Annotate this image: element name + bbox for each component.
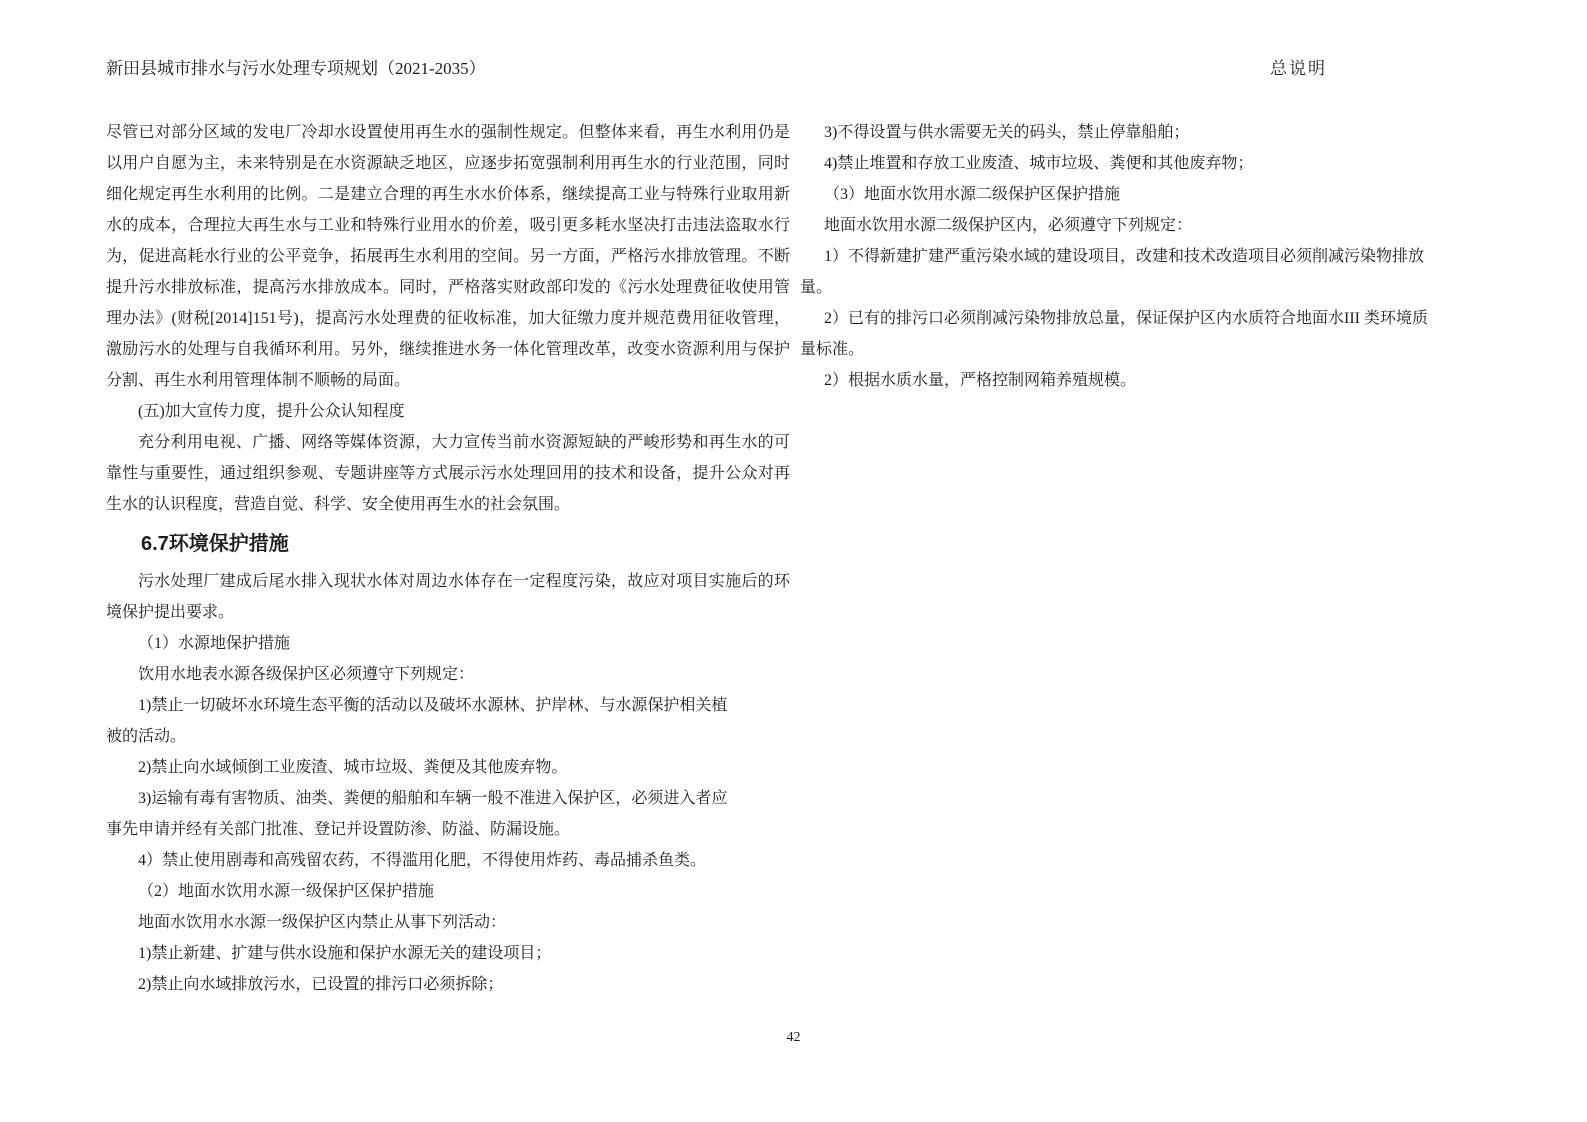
text-line: 2）根据水质水量，严格控制网箱养殖规模。 <box>800 365 1484 396</box>
text-line: 以用户自愿为主，未来特别是在水资源缺乏地区，应逐步拓宽强制利用再生水的行业范围，… <box>106 148 790 179</box>
text-line: 生水的认识程度，营造自觉、科学、安全使用再生水的社会氛围。 <box>106 489 790 520</box>
text-line: 激励污水的处理与自我循环利用。另外，继续推进水务一体化管理改革，改变水资源利用与… <box>106 334 790 365</box>
text-line: 3)运输有毒有害物质、油类、粪便的船舶和车辆一般不准进入保护区，必须进入者应 <box>106 783 790 814</box>
document-page: 新田县城市排水与污水处理专项规划（2021-2035） 总说明 尽管已对部分区域… <box>0 0 1587 1122</box>
text-line: 2)禁止向水域倾倒工业废渣、城市垃圾、粪便及其他废弃物。 <box>106 752 790 783</box>
page-number: 42 <box>0 1030 1587 1046</box>
text-line: 尽管已对部分区域的发电厂冷却水设置使用再生水的强制性规定。但整体来看，再生水利用… <box>106 117 790 148</box>
text-line: 3)不得设置与供水需要无关的码头，禁止停靠船舶； <box>800 117 1484 148</box>
text-line: 饮用水地表水源各级保护区必须遵守下列规定： <box>106 659 790 690</box>
text-line: 1)禁止一切破坏水环境生态平衡的活动以及破坏水源林、护岸林、与水源保护相关植 <box>106 690 790 721</box>
text-line: 充分利用电视、广播、网络等媒体资源，大力宣传当前水资源短缺的严峻形势和再生水的可 <box>106 427 790 458</box>
text-line: 4）禁止使用剧毒和高残留农药，不得滥用化肥，不得使用炸药、毒品捕杀鱼类。 <box>106 845 790 876</box>
text-line: 细化规定再生水利用的比例。二是建立合理的再生水水价体系，继续提高工业与特殊行业取… <box>106 179 790 210</box>
text-line: 地面水饮用水源二级保护区内，必须遵守下列规定： <box>800 210 1484 241</box>
page-header-title: 新田县城市排水与污水处理专项规划（2021-2035） <box>106 58 486 80</box>
right-column: 3)不得设置与供水需要无关的码头，禁止停靠船舶；4)禁止堆置和存放工业废渣、城市… <box>800 117 1484 396</box>
text-line: 1)禁止新建、扩建与供水设施和保护水源无关的建设项目； <box>106 938 790 969</box>
text-line: 2）已有的排污口必须削减污染物排放总量，保证保护区内水质符合地面水III 类环境… <box>800 303 1484 334</box>
text-line: 2)禁止向水域排放污水，已设置的排污口必须拆除； <box>106 969 790 1000</box>
text-line: 提升污水排放标准，提高污水排放成本。同时，严格落实财政部印发的《污水处理费征收使… <box>106 272 790 303</box>
text-line: (五)加大宣传力度，提升公众认知程度 <box>106 396 790 427</box>
left-column: 尽管已对部分区域的发电厂冷却水设置使用再生水的强制性规定。但整体来看，再生水利用… <box>106 117 790 1000</box>
text-line: 量。 <box>800 272 1484 303</box>
text-line: 被的活动。 <box>106 721 790 752</box>
text-line: 量标准。 <box>800 334 1484 365</box>
text-line: 4)禁止堆置和存放工业废渣、城市垃圾、粪便和其他废弃物； <box>800 148 1484 179</box>
text-line: 靠性与重要性，通过组织参观、专题讲座等方式展示污水处理回用的技术和设备，提升公众… <box>106 458 790 489</box>
text-line: 水的成本，合理拉大再生水与工业和特殊行业用水的价差，吸引更多耗水坚决打击违法盗取… <box>106 210 790 241</box>
text-line: （2）地面水饮用水源一级保护区保护措施 <box>106 876 790 907</box>
text-line: 污水处理厂建成后尾水排入现状水体对周边水体存在一定程度污染，故应对项目实施后的环 <box>106 566 790 597</box>
text-line: （3）地面水饮用水源二级保护区保护措施 <box>800 179 1484 210</box>
text-line: 境保护提出要求。 <box>106 597 790 628</box>
text-line: 理办法》(财税[2014]151号)，提高污水处理费的征收标准，加大征缴力度并规… <box>106 303 790 334</box>
text-line: 事先申请并经有关部门批准、登记并设置防渗、防溢、防漏设施。 <box>106 814 790 845</box>
text-line: 分割、再生水利用管理体制不顺畅的局面。 <box>106 365 790 396</box>
text-line: 1）不得新建扩建严重污染水域的建设项目，改建和技术改造项目必须削减污染物排放 <box>800 241 1484 272</box>
page-header-section: 总说明 <box>1270 58 1327 80</box>
section-heading: 6.7环境保护措施 <box>106 524 790 564</box>
text-line: 地面水饮用水水源一级保护区内禁止从事下列活动： <box>106 907 790 938</box>
text-line: （1）水源地保护措施 <box>106 628 790 659</box>
text-line: 为，促进高耗水行业的公平竞争，拓展再生水利用的空间。另一方面，严格污水排放管理。… <box>106 241 790 272</box>
